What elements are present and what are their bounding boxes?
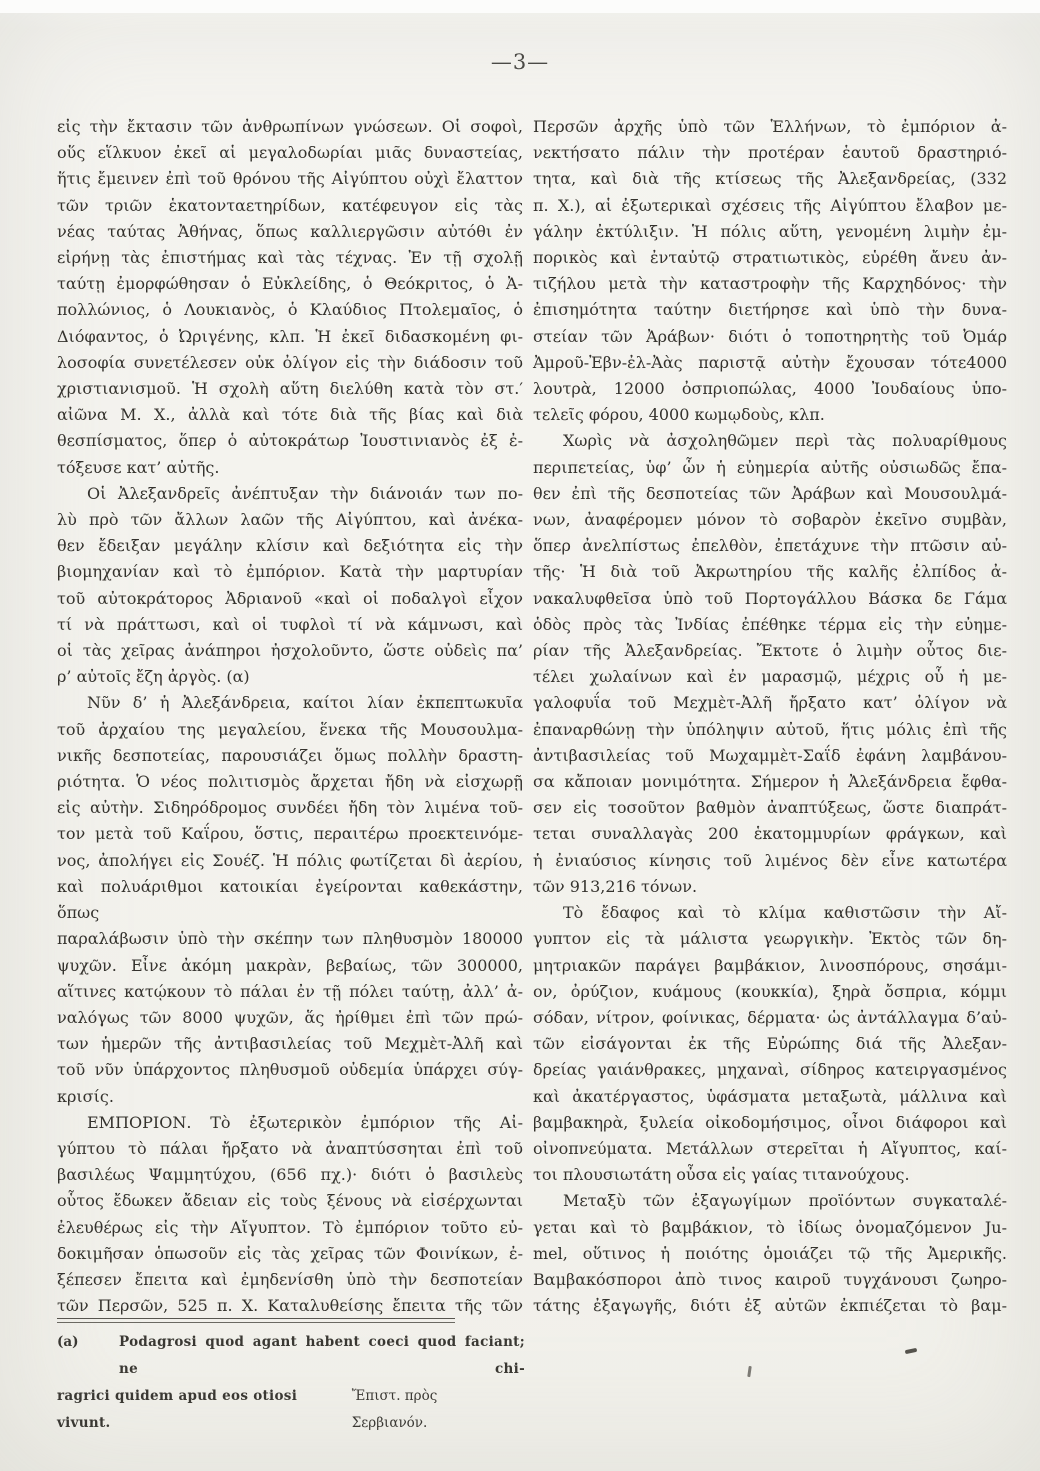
text-line: οἰνοπνεύματα. Μετάλλων στερεῖται ἡ Αἴγυπ… xyxy=(533,1136,1007,1162)
text-line: ον, ὀρύζιον, κυάμους (κουκκία), ξηρὰ ὄσπ… xyxy=(533,979,1007,1005)
text-line: τοῦ ἀρχαίου της μεγαλείου, ἕνεκα τῆς Μου… xyxy=(57,717,523,743)
text-line: χριστιανισμοῦ. Ἡ σχολὴ αὕτη διελύθη κατὰ… xyxy=(57,376,523,402)
text-line: σα κἄποιαν μονιμότητα. Σήμερον ἡ Ἀλεξάνδ… xyxy=(533,769,1007,795)
text-line: εἰς τὴν ἔκτασιν τῶν ἀνθρωπίνων γνώσεων. … xyxy=(57,114,523,140)
footnote-source-citation: Ἔπιστ. πρὸς Σερβιανόν. xyxy=(352,1383,525,1437)
paragraph: Περσῶν ἀρχῆς ὑπὸ τῶν Ἑλλήνων, τὸ ἐμπόριο… xyxy=(533,114,1007,428)
text-line: Τὸ ἔδαφος καὶ τὸ κλίμα καθιστῶσιν τὴν Αἴ… xyxy=(533,900,1007,926)
text-line: θεσπίσματος, ὅπερ ὁ αὐτοκράτωρ Ἰουστινια… xyxy=(57,428,523,454)
paragraph: Χωρὶς νὰ ἀσχοληθῶμεν περὶ τὰς πολυαρίθμο… xyxy=(533,428,1007,900)
text-line: βαμβακηρὰ, ξυλεία οἰκοδομήσιμος, οἶνοι δ… xyxy=(533,1110,1007,1136)
text-line: ναλόγως τῶν 8000 ψυχῶν, ἅς ἠρίθμει ἐπὶ τ… xyxy=(57,1005,523,1031)
text-line: γύπτου τὸ πάλαι ἤρξατο νὰ ἀναπτύσσηται ἐ… xyxy=(57,1136,523,1162)
text-line: ψυχῶν. Εἶνε ἀκόμη μακρὰν, βεβαίως, τῶν 3… xyxy=(57,953,523,979)
text-line: τάτης ἐξαγωγῆς, διότι ἐξ αὐτῶν ἐκπιέζετα… xyxy=(533,1293,1007,1319)
text-line: ΕΜΠΟΡΙΟΝ. Τὸ ἐξωτερικὸν ἐμπόριον τῆς Αἰ- xyxy=(57,1110,523,1136)
text-line: σόδαν, νίτρον, φοίνικας, δέρματα· ὡς ἀντ… xyxy=(533,1005,1007,1031)
text-line: καὶ ἀκατέργαστος, ὑφάσματα μεταξωτὰ, μάλ… xyxy=(533,1084,1007,1110)
page-number: —3— xyxy=(0,50,1040,74)
text-line: νος, ἀπολήγει εἰς Σουέζ. Ἡ πόλις φωτίζετ… xyxy=(57,848,523,874)
text-line: δοκιμῆσαν ὁπωσοῦν εἰς τὰς χεῖρας τῶν Φοι… xyxy=(57,1241,523,1267)
text-line: βιομηχανίαν καὶ τὸ ἐμπόριον. Κατὰ τὴν μα… xyxy=(57,559,523,585)
text-line: τόξευσε κατ’ αὐτῆς. xyxy=(57,455,523,481)
text-line: νακαλυφθεῖσα ὑπὸ τοῦ Πορτογάλλου Βάσκα δ… xyxy=(533,586,1007,612)
text-line: λοσοφία συνετέλεσεν οὐκ ὀλίγον εἰς τὴν δ… xyxy=(57,350,523,376)
text-line: ρίαν τῆς Ἀλεξανδρείας. Ἔκτοτε ὁ λιμὴν οὗ… xyxy=(533,638,1007,664)
text-line: τῶν Περσῶν, 525 π. Χ. Καταλυθείσης ἔπειτ… xyxy=(57,1293,523,1319)
text-line: ὁδὸς πρὸς τὰς Ἰνδίας ἐπέθηκε τέρμα εἰς τ… xyxy=(533,612,1007,638)
text-line: ρ’ αὐτοῖς ἔζη ἀργὸς. (α) xyxy=(57,664,523,690)
text-line: ἐλευθέρως εἰς τὴν Αἴγυπτον. Τὸ ἐμπόριον … xyxy=(57,1215,523,1241)
text-line: περιπετείας, ὑφ’ ὧν ἡ εὐημερία αὐτῆς οὐσ… xyxy=(533,455,1007,481)
footnote-line-1: (a) Podagrosi quod agant habent coeci qu… xyxy=(57,1329,525,1383)
text-line: ξέπεσεν ἔπειτα καὶ ἐμηδενίσθη ὑπὸ τὴν δε… xyxy=(57,1267,523,1293)
text-line: αἰῶνα Μ. Χ., ἀλλὰ καὶ τότε διὰ τῆς βίας … xyxy=(57,402,523,428)
text-line: τέλει χωλαίνων καὶ ἐν μαρασμῷ, μέχρις οὗ… xyxy=(533,664,1007,690)
text-line: τί νὰ πράττωσι, καὶ οἱ τυφλοὶ τί νὰ κάμν… xyxy=(57,612,523,638)
footnote-line-2: ragrici quidem apud eos otiosi vivunt. Ἔ… xyxy=(57,1383,525,1437)
text-line: ὅπερ ἀνελπίστως ἐπελθὸν, ἐπετάχυνε τὴν π… xyxy=(533,533,1007,559)
text-line: εἰρήνῃ τὰς ἐπιστήμας καὶ τὰς τέχνας. Ἐν … xyxy=(57,245,523,271)
text-line: Ἀμροῦ-Ἐβν-ἐλ-Ἀὰς παριστᾷ αὐτὴν ἔχουσαν τ… xyxy=(533,350,1007,376)
paragraph: Μεταξὺ τῶν ἐξαγωγίμων προϊόντων συγκαταλ… xyxy=(533,1188,1007,1319)
text-line: Οἱ Ἀλεξανδρεῖς ἀνέπτυξαν τὴν διάνοιάν τω… xyxy=(57,481,523,507)
text-line: οὗτος ἔδωκεν ἄδειαν εἰς τοὺς ξένους νὰ ε… xyxy=(57,1188,523,1214)
text-line: τεται συναλλαγὰς 200 ἑκατομμυρίων φράγκω… xyxy=(533,821,1007,847)
text-line: γαλοφυΐα τοῦ Μεχμὲτ-Ἀλῆ ἤρξατο κατ’ ὀλίγ… xyxy=(533,690,1007,716)
text-line: βασιλέως Ψαμμητύχου, (656 πχ.)· διότι ὁ … xyxy=(57,1162,523,1188)
footnote-latin-text: Podagrosi quod agant habent coeci quod f… xyxy=(119,1329,525,1383)
text-line: τιζήλου μετὰ τὴν καταστροφὴν τῆς Καρχηδό… xyxy=(533,271,1007,297)
text-line: ἐπισημότητα ταύτην διετήρησε καὶ ὑπὸ τὴν… xyxy=(533,297,1007,323)
ink-artifact xyxy=(747,1366,751,1377)
footnote-marker: (a) xyxy=(57,1329,119,1383)
text-line: Βαμβακόσποροι ἀπὸ τινος καιροῦ τυγχάνουσ… xyxy=(533,1267,1007,1293)
text-line: αἵτινες κατῴκουν τὸ πάλαι ἐν τῇ πόλει τα… xyxy=(57,979,523,1005)
text-line: θεν ἔδειξαν μεγάλην κλίσιν καὶ δεξιότητα… xyxy=(57,533,523,559)
paragraph: Τὸ ἔδαφος καὶ τὸ κλίμα καθιστῶσιν τὴν Αἴ… xyxy=(533,900,1007,1188)
text-line: πολλώνιος, ὁ Λουκιανὸς, ὁ Κλαύδιος Πτολε… xyxy=(57,297,523,323)
text-line: οὕς εἵλκυον ἐκεῖ αἱ μεγαλοδωρίαι μιᾶς δυ… xyxy=(57,140,523,166)
text-line: τοι πλουσιωτάτη οὖσα εἰς γαίας τιτανούχο… xyxy=(533,1162,1007,1188)
text-line: δρείας γαιάνθρακες, μηχαναὶ, σίδηρος κατ… xyxy=(533,1057,1007,1083)
text-line: Νῦν δ’ ἡ Ἀλεξάνδρεια, καίτοι λίαν ἐκπεπτ… xyxy=(57,690,523,716)
text-line: νικῆς δεσποτείας, παρουσιάζει ὅμως πολλὴ… xyxy=(57,743,523,769)
text-line: τῶν εἰσάγονται ἐκ τῆς Εὐρώπης διά τῆς Ἀλ… xyxy=(533,1031,1007,1057)
text-line: λουτρὰ, 12000 ὀσπριοπώλας, 4000 Ἰουδαίου… xyxy=(533,376,1007,402)
text-line: ριότητα. Ὁ νέος πολιτισμὸς ἄρχεται ἤδη ν… xyxy=(57,769,523,795)
text-line: νέας ταύτας Ἀθήνας, ὅπως καλλιεργῶσιν αὐ… xyxy=(57,219,523,245)
left-column: εἰς τὴν ἔκτασιν τῶν ἀνθρωπίνων γνώσεων. … xyxy=(57,114,523,1319)
text-line: οἱ τὰς χεῖρας ἀνάπηροι ἠσχολοῦντο, ὥστε … xyxy=(57,638,523,664)
paragraph: Οἱ Ἀλεξανδρεῖς ἀνέπτυξαν τὴν διάνοιάν τω… xyxy=(57,481,523,691)
page-top-edge xyxy=(0,0,1040,13)
text-line: καὶ πολυάριθμοι κατοικίαι ἐγείρονται καθ… xyxy=(57,874,523,926)
text-line: πορικὸς καὶ ἐνταὐτῷ στρατιωτικὸς, εὑρέθη… xyxy=(533,245,1007,271)
text-line: γεται καὶ τὸ βαμβάκιον, τὸ ἰδίως ὀνομαζό… xyxy=(533,1215,1007,1241)
text-line: εἰς αὐτὴν. Σιδηρόδρομος συνδέει ἤδη τὸν … xyxy=(57,795,523,821)
paragraph: εἰς τὴν ἔκτασιν τῶν ἀνθρωπίνων γνώσεων. … xyxy=(57,114,523,481)
text-line: γάλην ἐκτύλιξιν. Ἡ πόλις αὕτη, γενομένη … xyxy=(533,219,1007,245)
text-line: ἥτις ἔμεινεν ἐπὶ τοῦ θρόνου τῆς Αἰγύπτου… xyxy=(57,166,523,192)
paragraph: Νῦν δ’ ἡ Ἀλεξάνδρεια, καίτοι λίαν ἐκπεπτ… xyxy=(57,690,523,1109)
text-line: τον μετὰ τοῦ Καΐρου, ὅστις, περαιτέρω πρ… xyxy=(57,821,523,847)
text-line: των ἡμερῶν τῆς ἀντιβασιλείας τοῦ Μεχμὲτ-… xyxy=(57,1031,523,1057)
text-line: ἐπαναρθώνῃ τὴν ὑπόληψιν αὐτοῦ, ἥτις μόλι… xyxy=(533,717,1007,743)
footnote: (a) Podagrosi quod agant habent coeci qu… xyxy=(57,1318,525,1437)
text-line: τοῦ αὐτοκράτορος Ἀδριανοῦ «καὶ οἱ ποδαλγ… xyxy=(57,586,523,612)
text-line: νων, ἀναφέρομεν μόνον τὸ σοβαρὸν ἐκεῖνο … xyxy=(533,507,1007,533)
right-column: Περσῶν ἀρχῆς ὑπὸ τῶν Ἑλλήνων, τὸ ἐμπόριο… xyxy=(533,114,1007,1319)
text-line: γυπτον εἰς τὰ μάλιστα γεωργικὴν. Ἐκτὸς τ… xyxy=(533,926,1007,952)
text-line: ἡ ἐνιαύσιος κίνησις τοῦ λιμένος δὲν εἶνε… xyxy=(533,848,1007,874)
text-line: τητα, καὶ διὰ τῆς κτίσεως τῆς Ἀλεξανδρεί… xyxy=(533,166,1007,192)
scanned-book-page: —3— εἰς τὴν ἔκτασιν τῶν ἀνθρωπίνων γνώσε… xyxy=(0,0,1040,1471)
paragraph: ΕΜΠΟΡΙΟΝ. Τὸ ἐξωτερικὸν ἐμπόριον τῆς Αἰ-… xyxy=(57,1110,523,1320)
ink-artifact xyxy=(905,1348,918,1354)
text-line: ταύτῃ ἐμορφώθησαν ὁ Εὐκλείδης, ὁ Θεόκριτ… xyxy=(57,271,523,297)
text-line: π. Χ.), αἱ ἐξωτερικαὶ σχέσεις τῆς Αἰγύπτ… xyxy=(533,193,1007,219)
footnote-rule xyxy=(57,1318,455,1323)
text-line: Περσῶν ἀρχῆς ὑπὸ τῶν Ἑλλήνων, τὸ ἐμπόριο… xyxy=(533,114,1007,140)
text-line: νεκτήσατο πάλιν τὴν προτέραν ἑαυτοῦ δρασ… xyxy=(533,140,1007,166)
text-line: Διόφαντος, ὁ Ὠριγένης, κλπ. Ἡ ἐκεῖ διδασ… xyxy=(57,324,523,350)
footnote-latin-continuation: ragrici quidem apud eos otiosi vivunt. xyxy=(57,1383,352,1437)
text-line: Μεταξὺ τῶν ἐξαγωγίμων προϊόντων συγκαταλ… xyxy=(533,1188,1007,1214)
text-line: τελεῖς φόρου, 4000 κωμῳδοὺς, κλπ. xyxy=(533,402,1007,428)
text-line: mel, οὕτινος ἡ ποιότης ὁμοιάζει τῷ τῆς Ἀ… xyxy=(533,1241,1007,1267)
text-line: σεν εἰς τοσοῦτον βαθμὸν ἀναπτύξεως, ὥστε… xyxy=(533,795,1007,821)
text-line: τῆς· Ἡ διὰ τοῦ Ἀκρωτηρίου τῆς καλῆς ἐλπί… xyxy=(533,559,1007,585)
text-line: θεν ἐπὶ τῆς δεσποτείας τῶν Ἀράβων καὶ Μο… xyxy=(533,481,1007,507)
text-line: παραλάβωσιν ὑπὸ τὴν σκέπην των πληθυσμὸν… xyxy=(57,926,523,952)
text-line: λὺ πρὸ τῶν ἄλλων λαῶν τῆς Αἰγύπτου, καὶ … xyxy=(57,507,523,533)
text-line: τῶν τριῶν ἑκατονταετηρίδων, κατέφευγον ε… xyxy=(57,193,523,219)
text-line: Χωρὶς νὰ ἀσχοληθῶμεν περὶ τὰς πολυαρίθμο… xyxy=(533,428,1007,454)
text-line: τοῦ νῦν ὑπάρχοντος πληθυσμοῦ οὐδεμία ὑπά… xyxy=(57,1057,523,1083)
text-line: στείαν τῶν Ἀράβων· διότι ὁ τοποτηρητὴς τ… xyxy=(533,324,1007,350)
text-line: τῶν 913,216 τόνων. xyxy=(533,874,1007,900)
text-line: μητριακῶν παράγει βαμβάκιον, λινοσπόρους… xyxy=(533,953,1007,979)
text-line: κρισίς. xyxy=(57,1084,523,1110)
text-line: ἀντιβασιλείας τοῦ Μωχαμμὲτ-Σαΐδ ἐφάνη λα… xyxy=(533,743,1007,769)
